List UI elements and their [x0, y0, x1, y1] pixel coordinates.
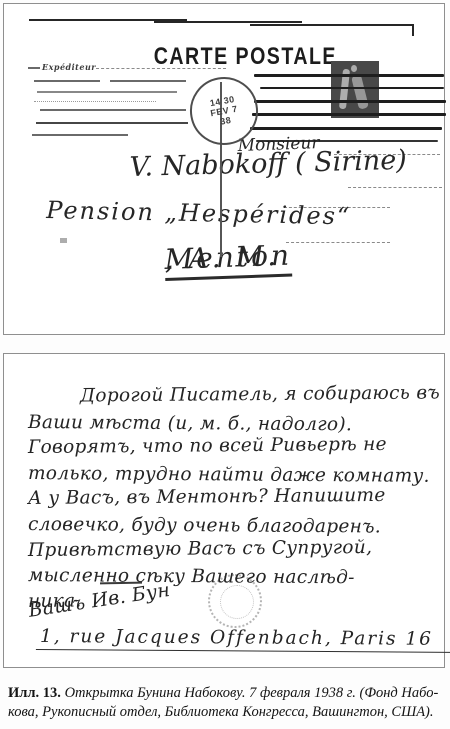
dotted-rule — [348, 187, 442, 188]
message-line: ника. Вашъ Ив. Бун — [28, 585, 430, 614]
printed-rule — [110, 80, 186, 82]
caption-label: Илл. 13. — [8, 685, 61, 701]
postcard-front-image: CARTE POSTALE Expéditeur 14 30 FEV 7 38 — [3, 3, 445, 335]
scan-edge-line — [250, 24, 414, 26]
postage-stamp — [331, 61, 379, 118]
caption-text-2: кова, Рукописный отдел, Библиотека Конгр… — [8, 704, 434, 720]
dotted-rule — [286, 242, 390, 243]
return-address: 1, rue Jacques Offenbach, Paris 16 — [36, 624, 450, 653]
dotted-rule — [96, 68, 226, 69]
divider — [28, 67, 40, 69]
message-line: А у Васъ, въ Ментонѣ? Напишите — [28, 483, 430, 512]
printed-rule — [37, 91, 177, 93]
message-line: Говорятъ, что по всей Ривьерѣ не — [28, 432, 430, 461]
postmark-year: 38 — [219, 115, 232, 127]
address-region: , A. M. — [164, 239, 279, 276]
stamp-figure — [351, 74, 369, 109]
postcard-back-image: Дорогой Писатель, я собираюсь въ Ваши мѣ… — [3, 353, 445, 668]
scan-edge-corner — [412, 24, 414, 36]
carte-postale-title: CARTE POSTALE — [154, 44, 326, 71]
printed-rule — [40, 109, 186, 111]
message-line: Привѣтствую Васъ съ Супругой, — [28, 534, 430, 563]
printed-rule — [32, 134, 128, 136]
printed-rule — [36, 122, 188, 124]
message-line: Дорогой Писатель, я собираюсь въ — [28, 380, 430, 409]
scan-edge-line — [154, 21, 302, 23]
figure-caption: Илл. 13. Открытка Бунина Набокову. 7 фев… — [8, 684, 444, 722]
address-name-line: V. Nabokoff ( Sirine) — [129, 145, 407, 183]
printed-rule — [34, 80, 100, 82]
printed-rule — [34, 101, 156, 102]
cancellation-line — [256, 140, 438, 142]
cancellation-line — [252, 113, 446, 116]
handwritten-message: Дорогой Писатель, я собираюсь въ Ваши мѣ… — [28, 384, 430, 650]
caption-line-1: Илл. 13. Открытка Бунина Набокову. 7 фев… — [8, 684, 444, 703]
cancellation-line — [254, 74, 444, 77]
stamp-figure — [351, 65, 357, 72]
print-mark — [60, 238, 67, 243]
cancellation-line — [260, 87, 444, 89]
address-pension-line: Pension „Hespérides“ — [46, 196, 352, 230]
book-page-scan: CARTE POSTALE Expéditeur 14 30 FEV 7 38 — [0, 0, 450, 729]
cancellation-line — [250, 127, 442, 130]
caption-line-2: кова, Рукописный отдел, Библиотека Конгр… — [8, 703, 444, 722]
caption-text-1: Открытка Бунина Набокову. 7 февраля 1938… — [61, 685, 438, 701]
sender-label: Expéditeur — [42, 62, 96, 72]
cancellation-line — [254, 100, 446, 103]
